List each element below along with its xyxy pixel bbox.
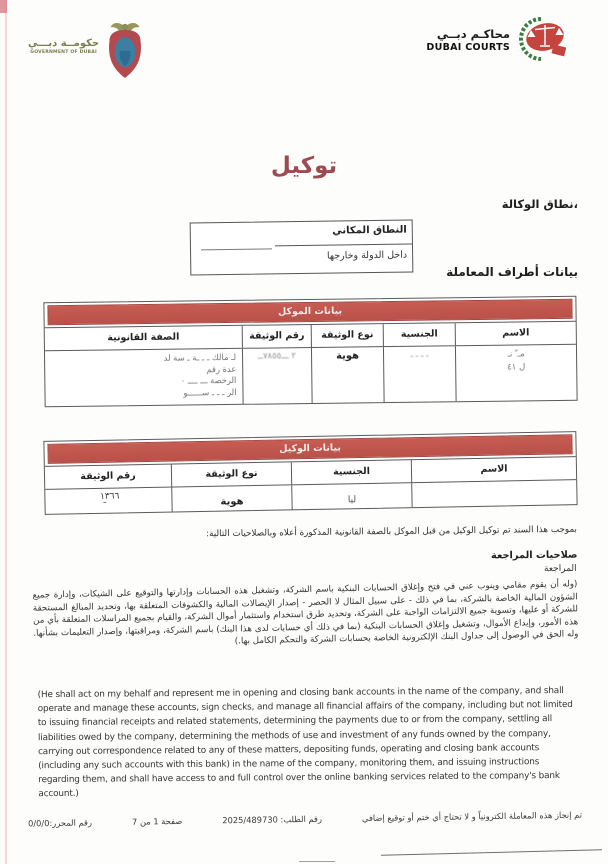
footer-request-number: رقم الطلب: 2025/489730: [222, 814, 322, 826]
footer-page-number: صفحة 1 من 7: [132, 816, 182, 827]
dubai-courts-logo-text: محاكـم دبــي DUBAI COURTS: [426, 28, 510, 53]
agent-doc-number-cell: ١٣٦٦ـ: [45, 488, 171, 514]
principal-name-cell: مـ ً نـ ل ٤١: [455, 345, 577, 401]
principal-doc-number-cell: ٢ ـــ٧٨٥٥ــ: [242, 348, 312, 404]
principal-doc-type-cell: هوية: [311, 347, 384, 403]
principal-header-name: الاسم: [455, 322, 576, 345]
scope-section-heading: نطاق الوكالة،: [502, 197, 578, 211]
footer-editor-number: رقم المحرر:0/0/0: [28, 817, 92, 828]
arabic-powers-paragraph: (وله أن يقوم مقامي وينوب عني في فتح وإغل…: [32, 578, 578, 652]
dubai-courts-arabic-label: محاكـم دبــي: [426, 28, 510, 42]
scan-artifact-line: [381, 849, 602, 855]
principal-table: بيانات الموكل الاسم الجنسية نوع الوثيقة …: [43, 296, 577, 408]
agent-name-cell: [411, 480, 576, 507]
principal-nationality-cell: ـ ـ ـ ـ: [383, 346, 456, 402]
page-footer: تم إنجاز هذه المعاملة الكترونياً و لا تح…: [28, 810, 582, 829]
principal-header-doc-type: نوع الوثيقة: [311, 324, 383, 347]
document-page: حكومــة دبـــي GOVERNMENT OF DUBAI محاكـ…: [0, 0, 608, 864]
agent-header-doc-number: رقم الوثيقة: [45, 465, 171, 489]
agent-nationality-cell: ليا: [291, 483, 411, 509]
agent-header-nationality: الجنسية: [291, 460, 411, 484]
agent-header-doc-type: نوع الوثيقة: [171, 462, 291, 486]
principal-table-data-row: مـ ً نـ ل ٤١ ـ ـ ـ ـ هوية ٢ ـــ٧٨٥٥ــ لـ…: [45, 344, 577, 406]
scope-divider: [275, 243, 412, 246]
deed-sentence: بموجب هذا السند تم توكيل الوكيل من قبل ا…: [40, 525, 577, 542]
powers-subheading: المراجعة: [544, 564, 577, 574]
government-of-dubai-arabic-label: حكومــة دبـــي: [28, 38, 99, 50]
dubai-courts-english-label: DUBAI COURTS: [426, 42, 510, 53]
government-of-dubai-english-label: GOVERNMENT OF DUBAI: [28, 50, 99, 55]
scan-artifact-line-small: [299, 861, 335, 862]
powers-heading: صلاحيات المراجعة: [490, 550, 577, 562]
english-powers-paragraph: (He shall act on my behalf and represent…: [38, 684, 579, 802]
agent-table: بيانات الوكيل الاسم الجنسية نوع الوثيقة …: [43, 431, 577, 515]
scope-table: النطاق المكاني داخل الدولة وخارجها: [190, 219, 414, 275]
footer-electronic-note: تم إنجاز هذه المعاملة الكترونياً و لا تح…: [362, 810, 582, 823]
scan-edge-line: [5, 0, 7, 864]
falcon-emblem-icon: [104, 20, 146, 84]
scales-of-justice-emblem-icon: [516, 16, 566, 65]
agent-header-name: الاسم: [411, 457, 576, 482]
principal-header-legal-capacity: الصفة القانونية: [45, 326, 242, 350]
principal-header-nationality: الجنسية: [383, 323, 455, 346]
principal-header-doc-number: رقم الوثيقة: [242, 325, 311, 348]
government-of-dubai-logo: حكومــة دبـــي GOVERNMENT OF DUBAI: [28, 20, 146, 84]
government-of-dubai-logo-text: حكومــة دبـــي GOVERNMENT OF DUBAI: [28, 38, 99, 55]
principal-legal-capacity-cell: لـ مالك ـ ـ ـة ـ سة لد عدة رقم الرخصة ــ…: [45, 349, 243, 406]
document-title: توكيل: [0, 153, 608, 179]
agent-doc-type-cell: هوية: [171, 485, 291, 511]
scope-value: داخل الدولة وخارجها: [327, 250, 407, 262]
parties-section-heading: بيانات أطراف المعاملة: [446, 265, 578, 279]
scope-divider-fragment: [201, 248, 272, 250]
scope-label: النطاق المكاني: [332, 225, 407, 237]
dubai-courts-logo: محاكـم دبــي DUBAI COURTS: [426, 16, 566, 65]
